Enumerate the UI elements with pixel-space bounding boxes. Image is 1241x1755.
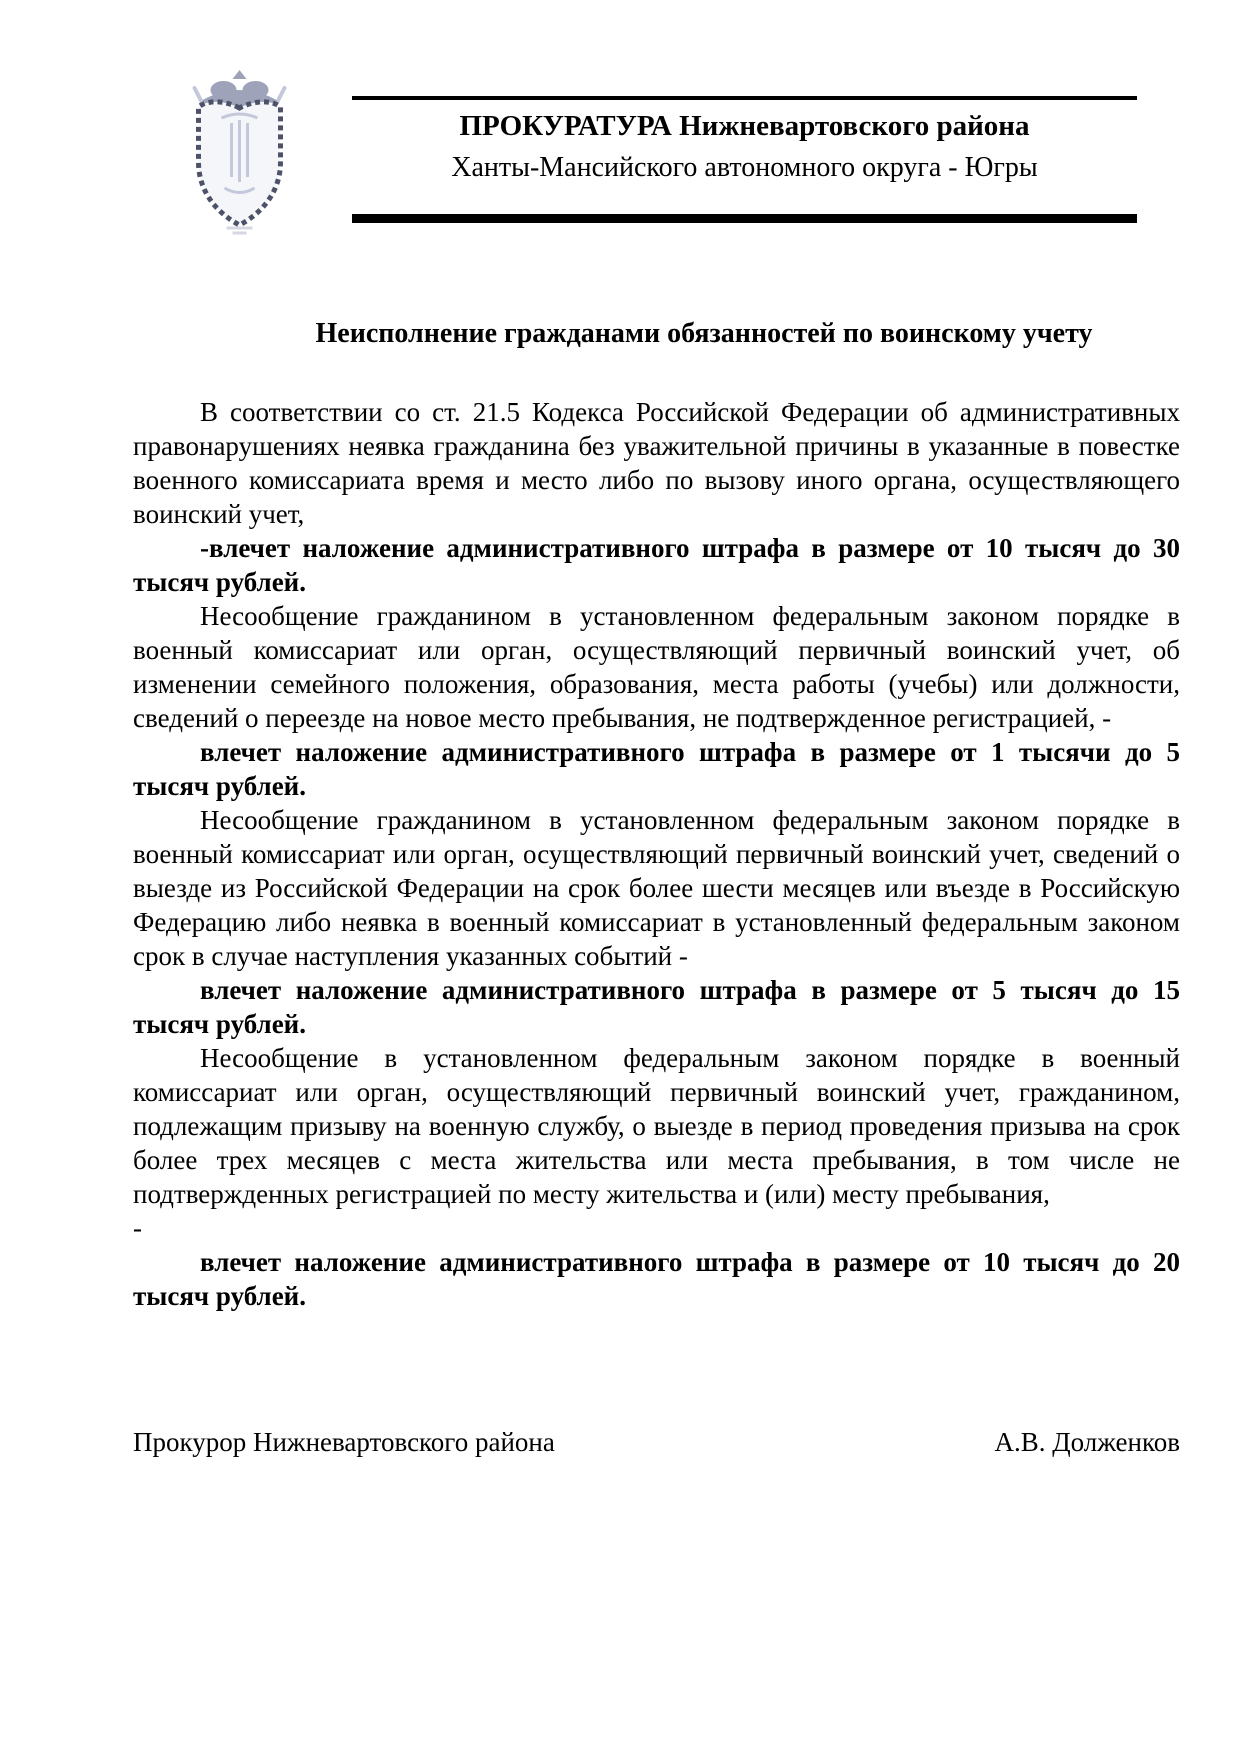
org-region: Ханты-Мансийского автономного округа - Ю… xyxy=(352,148,1137,188)
letterhead-top-rule xyxy=(352,96,1137,100)
letterhead: ПРОКУРАТУРА Нижневартовского района Хант… xyxy=(352,0,1137,260)
org-name: ПРОКУРАТУРА Нижневартовского района xyxy=(352,106,1137,146)
document-page: ПРОКУРАТУРА Нижневартовского района Хант… xyxy=(0,0,1241,1755)
paragraph-offense-1: В соответствии со ст. 21.5 Кодекса Росси… xyxy=(133,395,1180,531)
paragraph-sanction-4: влечет наложение административного штраф… xyxy=(133,1245,1180,1313)
signature-name: А.В. Долженков xyxy=(994,1425,1180,1459)
paragraph-offense-4-dash: - xyxy=(133,1213,142,1243)
signature-position: Прокурор Нижневартовского района xyxy=(133,1425,555,1459)
paragraph-offense-2: Несообщение гражданином в установленном … xyxy=(133,599,1180,735)
paragraph-offense-3: Несообщение гражданином в установленном … xyxy=(133,803,1180,973)
paragraph-offense-4: Несообщение в установленном федеральным … xyxy=(133,1041,1180,1245)
letterhead-bottom-rule xyxy=(352,214,1137,223)
document-body: В соответствии со ст. 21.5 Кодекса Росси… xyxy=(133,395,1180,1313)
paragraph-offense-4-text: Несообщение в установленном федеральным … xyxy=(133,1043,1180,1209)
paragraph-sanction-3: влечет наложение административного штраф… xyxy=(133,973,1180,1041)
document-title: Неисполнение гражданами обязанностей по … xyxy=(133,316,1180,352)
paragraph-sanction-2: влечет наложение административного штраф… xyxy=(133,735,1180,803)
signature-row: Прокурор Нижневартовского района А.В. До… xyxy=(133,1425,1180,1459)
prosecutor-emblem-icon xyxy=(172,62,307,237)
paragraph-sanction-1: -влечет наложение административного штра… xyxy=(133,531,1180,599)
